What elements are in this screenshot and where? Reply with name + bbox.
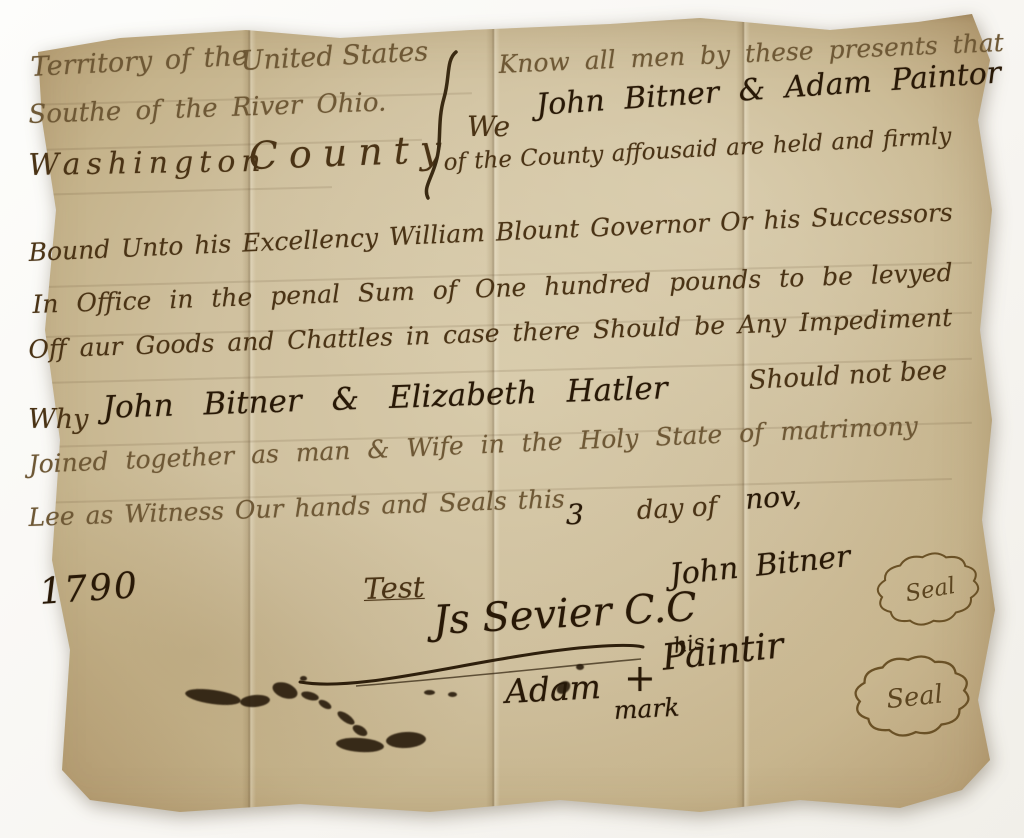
- ink-blot: [576, 664, 584, 670]
- seal-text: Seal: [903, 573, 957, 607]
- day-number: 3: [566, 498, 584, 531]
- we-word: We: [467, 110, 510, 143]
- witness-given-name: Adam: [504, 667, 602, 711]
- ink-blot: [300, 676, 307, 681]
- day-of-words: day of: [636, 492, 718, 526]
- scanned-document: Territory of the United States Southe of…: [0, 0, 1024, 838]
- ink-blot: [448, 692, 457, 697]
- seal-stamp-2: Seal: [846, 646, 979, 746]
- year: 1790: [38, 565, 140, 613]
- month-word: nov,: [744, 479, 802, 516]
- bracket-flourish: [420, 50, 464, 200]
- county-name: Washington: [28, 144, 267, 183]
- mark-word: mark: [613, 693, 680, 725]
- seal-text: Seal: [885, 679, 944, 715]
- why-word: Why: [28, 404, 88, 435]
- test-label: Test: [363, 570, 425, 606]
- ink-blot: [424, 690, 435, 695]
